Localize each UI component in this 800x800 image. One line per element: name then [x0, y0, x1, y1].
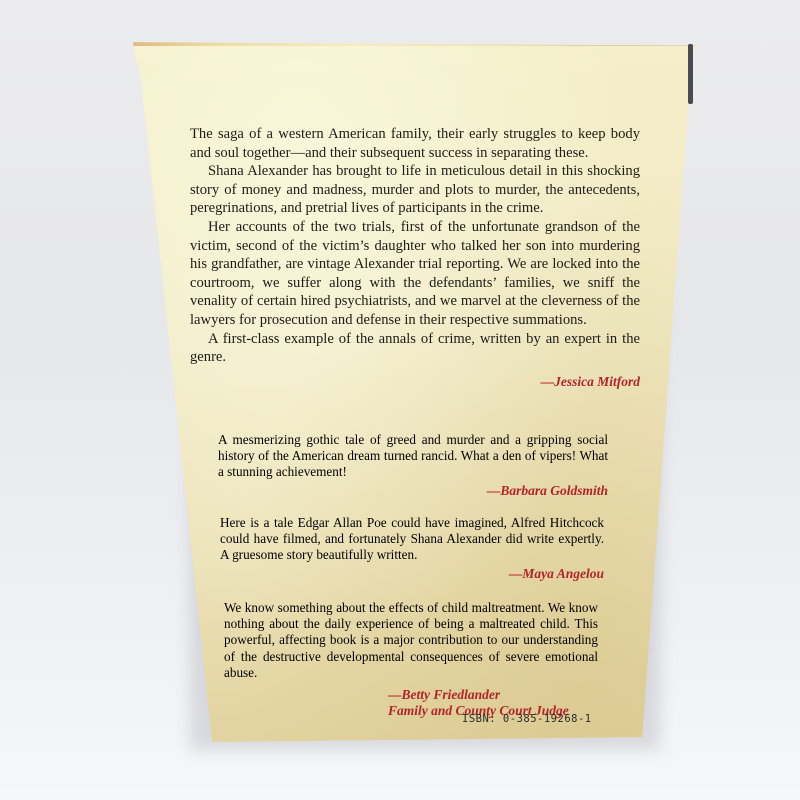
quote-text: A mesmerizing gothic tale of greed and m… [218, 432, 608, 481]
main-blurb: The saga of a western American family, t… [190, 125, 640, 391]
review-quote: Here is a tale Edgar Allan Poe could hav… [220, 515, 604, 582]
review-quote: We know something about the effects of c… [224, 600, 598, 719]
blurb-paragraph: Her accounts of the two trials, first of… [190, 218, 640, 330]
quote-attribution-name: —Betty Friedlander [388, 687, 598, 703]
quote-attribution: —Barbara Goldsmith [218, 483, 608, 499]
blurb-paragraph: The saga of a western American family, t… [190, 125, 640, 162]
isbn-label: ISBN: 0-385-19268-1 [462, 713, 592, 725]
blurb-paragraph: Shana Alexander has brought to life in m… [190, 162, 640, 218]
book-spine-edge [688, 44, 693, 104]
blurb-paragraph: A first-class example of the annals of c… [190, 330, 640, 367]
quote-text: We know something about the effects of c… [224, 600, 598, 681]
quote-attribution: —Maya Angelou [220, 566, 604, 582]
review-quote: A mesmerizing gothic tale of greed and m… [218, 432, 608, 499]
blurb-attribution: —Jessica Mitford [190, 373, 640, 392]
quote-text: Here is a tale Edgar Allan Poe could hav… [220, 515, 604, 564]
